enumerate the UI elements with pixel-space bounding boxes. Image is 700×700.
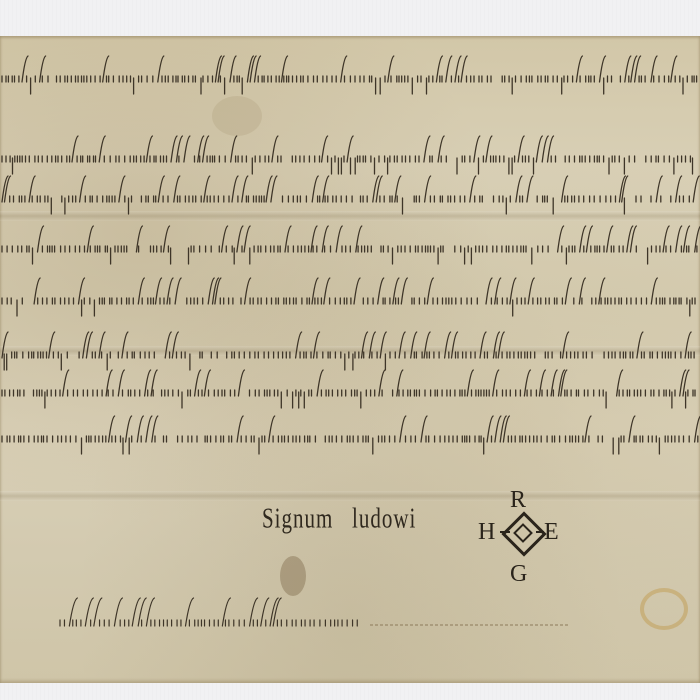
monogram-letter-right: E [544, 520, 559, 544]
script-line [0, 222, 700, 266]
script-line [0, 366, 700, 410]
script-line [0, 412, 700, 456]
fold-crease [0, 491, 700, 501]
script-line [0, 132, 700, 176]
royal-monogram: R H E G [478, 488, 578, 598]
signum-word: Signum [262, 502, 333, 536]
script-line [0, 52, 700, 96]
subscription-line [0, 596, 700, 640]
monogram-letter-bottom: G [510, 562, 527, 586]
monogram-letter-left: H [478, 520, 495, 544]
script-line [0, 172, 700, 216]
stain [280, 556, 306, 596]
monogram-letter-top: R [510, 488, 526, 512]
script-line [0, 274, 700, 318]
stain [212, 96, 262, 136]
signum-name: ludowi [352, 502, 416, 536]
